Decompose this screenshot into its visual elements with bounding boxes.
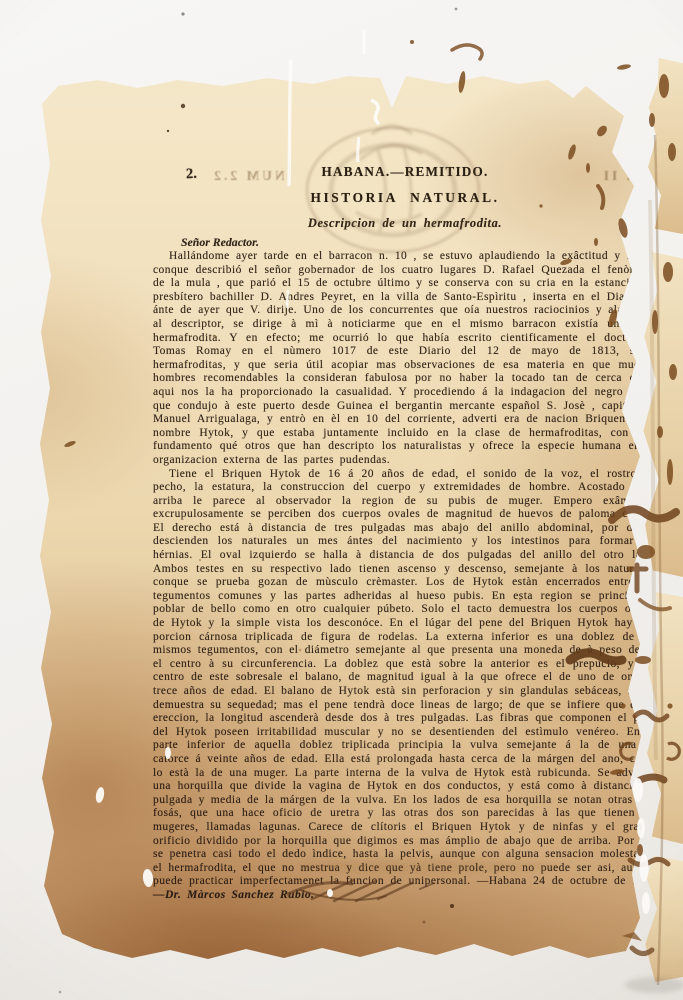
article: HABANA.—REMITIDO. HISTORIA NATURAL. Desc… [153, 164, 657, 903]
torn-fragment-bottom [641, 856, 683, 982]
photo-backdrop: 2. NUM 2.2 TMO. II HABANA.—REMITIDO. HIS… [0, 0, 683, 1000]
torn-fragment-top [645, 58, 683, 234]
paragraph-1: Hallándome ayer tarde en el barracon n. … [153, 250, 657, 468]
article-salutation: Señor Redactor. [153, 235, 657, 250]
document-page: 2. NUM 2.2 TMO. II HABANA.—REMITIDO. HIS… [28, 56, 645, 966]
torn-fragment-upper [640, 252, 683, 577]
article-subtitle: Descripcion de un hermafrodita. [153, 216, 657, 231]
paragraph-2: Tiene el Briquen Hytok de 16 á 20 años d… [153, 468, 657, 903]
article-dateline: —Habana 24 de octubre de 1816 [477, 875, 657, 887]
article-section-title: HISTORIA NATURAL. [153, 190, 657, 206]
article-kicker: HABANA.—REMITIDO. [153, 164, 657, 180]
article-signature: —Dr. Màrcos Sanchez Rubio. [153, 889, 314, 901]
paragraph-2-body: Tiene el Briquen Hytok de 16 á 20 años d… [153, 468, 657, 888]
torn-fragment-lower [643, 592, 683, 844]
